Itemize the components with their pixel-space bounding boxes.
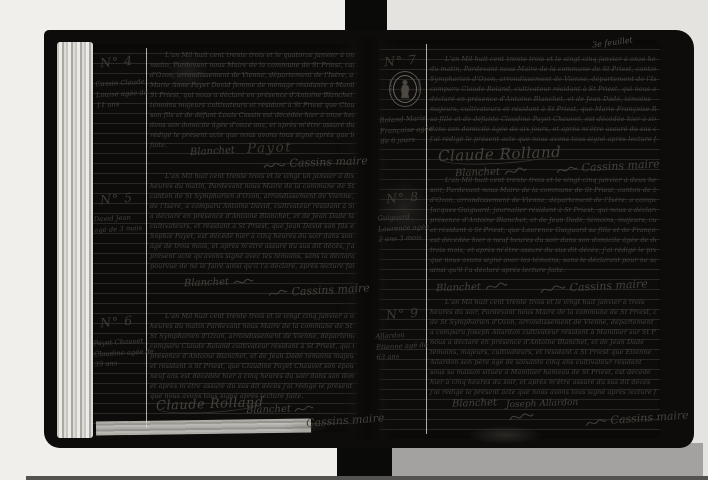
signature-payot: Payot (247, 139, 293, 157)
handwritten-line: Jacques Guiguard, journalier résidant à … (430, 205, 656, 215)
handwritten-line: nous a déclaré en présence d'Antoine Bla… (430, 337, 656, 347)
entry-number: N° 9 (385, 305, 419, 323)
handwritten-line: d'Ozon, arrondissement de Vienne, départ… (150, 70, 354, 80)
handwritten-line: sa fille et de défunte Claudine Payet Ch… (430, 114, 656, 124)
entry-margin-note: GuiguardLaurence agée2 ans 3 mois (377, 211, 437, 245)
handwritten-line: est décédée hier à neuf heures du soir d… (430, 235, 656, 245)
signature-text: Blanchet (246, 404, 291, 417)
act-text: L'an Mil huit cent trente trois et le vi… (430, 175, 656, 275)
handwritten-line: soir, Pardevant nous Maire de la commune… (430, 185, 656, 195)
book-gutter (352, 36, 380, 440)
register-scan: N° 4 Cassin ClaudeLouise agée de11 ans L… (0, 0, 708, 480)
paraph-icon (556, 163, 579, 175)
handwritten-line: St Priest, qui nous a déclaré en présenc… (150, 90, 354, 100)
handwritten-line: cultivateurs, et résidant à St Priest, q… (150, 221, 354, 231)
act-text: L'an Mil huit cent trente trois et le vi… (150, 171, 354, 271)
handwritten-line: rédigé le présent acte que nous avons to… (150, 130, 354, 140)
signature-text: Blanchet (452, 397, 497, 410)
handwritten-line: et après m'être assuré du sus dit décès … (150, 381, 354, 391)
signature-text: Blanchet (184, 277, 229, 290)
handwritten-line: L'an Mil huit cent trente trois et le vi… (430, 54, 656, 64)
handwritten-line: son fils et de défunt Louis Cassin est d… (150, 110, 354, 120)
scan-edge-strip (26, 476, 708, 480)
signature-blanchet: Blanchet (190, 145, 235, 158)
handwritten-line: L'an Mil huit cent trente trois et le qu… (150, 50, 354, 60)
handwritten-line: de l'Isère, a comparu Antoine David, cul… (150, 201, 354, 211)
handwritten-line: ainsi qu'il l'a déclaré après lecture fa… (430, 265, 656, 275)
handwritten-line: a comparu Joseph Allardon cultivateur ré… (430, 327, 656, 337)
paraph-icon (232, 276, 254, 288)
handwritten-line: âgé de trois mois, et après m'être assur… (150, 241, 354, 251)
handwritten-line: L'an Mil huit cent trente trois et le vi… (430, 175, 656, 185)
handwritten-line: St Symphorien d'Ozon, arrondissement de … (150, 331, 354, 341)
act-text: L'an Mil huit cent trente trois et le vi… (430, 297, 656, 397)
handwritten-line: trois mois, et après m'être assuré du su… (430, 245, 656, 255)
handwritten-line: témoins majeurs cultivateurs et résidant… (150, 100, 354, 110)
paper-stain (468, 426, 542, 444)
paraph-icon (268, 288, 288, 299)
signature-text: Payot (247, 139, 293, 157)
handwritten-line: présence d'Antoine Blanchet, et de Jean … (430, 215, 656, 225)
handwritten-line: comparu Claude Roland cultivateur résida… (150, 341, 354, 351)
signature-text: Blanchet (190, 145, 235, 158)
paraph-icon (262, 159, 286, 171)
handwritten-line: heures du matin, Pardevant nous Maire de… (150, 181, 354, 191)
entry-number: N° 6 (99, 313, 133, 331)
handwritten-line: et résidant à St Priest, que Claudine Pa… (150, 361, 354, 371)
page-stack-bottom-edge (96, 418, 311, 435)
handwritten-line: Marie Anne Payet David femme de ménage r… (150, 80, 354, 90)
handwritten-line: hier à cinq heures du soir, et après m'ê… (430, 377, 656, 387)
handwritten-line: présence d'Antoine Blanchet, et de Jean … (150, 351, 354, 361)
handwritten-line: Allardon son père âgé de soixante cinq a… (430, 357, 656, 367)
entry-number: N° 4 (99, 53, 133, 71)
entry-number: N° 5 (99, 190, 133, 208)
handwritten-line: j'ai rédigé le présent acte que nous avo… (430, 387, 656, 397)
entry-margin-note: David Jeanagé de 3 mois (93, 212, 150, 236)
handwritten-line: d'Ozon, arrondissement de Vienne, départ… (430, 195, 656, 205)
handwritten-line: présent acte qu'avons signé avec les tém… (150, 251, 354, 261)
handwritten-line: Sophie Payet, est décédé hier à cinq heu… (150, 231, 354, 241)
timbre-royal-stamp: TIMBRE ROYAL (389, 71, 423, 109)
paraph-icon (294, 403, 314, 415)
handwritten-line: dans son domicile âgée de six jours, et … (430, 124, 656, 134)
handwritten-line: pourvue de ne le faire ainsi qu'il l'a d… (150, 261, 354, 271)
handwritten-line: du matin, Pardevant nous Maire de la com… (430, 64, 656, 74)
entry-margin-note: Payet ChauvetClaudine agée de39 ans (93, 336, 153, 370)
handwritten-line: sous sa maison située à Manillier hameau… (430, 367, 656, 377)
handwritten-line: matin, Pardevant nous Maire de la commun… (150, 60, 354, 70)
handwritten-line: L'an Mil huit cent trente trois et le vi… (430, 297, 656, 307)
handwritten-line: Symphorien d'Ozon, arrondissement de Vie… (430, 74, 656, 84)
entry-margin-note: AllardonEtienne agé de63 ans (375, 328, 437, 363)
signature-blanchet: Blanchet (452, 397, 497, 410)
stamp-label-left: TIMBRE (389, 79, 393, 95)
entry-number: N° 7 (383, 52, 417, 70)
handwritten-line: L'an Mil huit cent trente trois et le vi… (150, 311, 354, 321)
handwritten-line: comparu Claude Roland, cultivateur résid… (430, 84, 656, 94)
handwritten-line: heures du matin Pardevant nous Maire de … (150, 321, 354, 331)
handwritten-line: neuf ans est décédée hier à cinq heures … (150, 371, 354, 381)
handwritten-line: et résidant à St Priest, que Laurence Gu… (430, 225, 656, 235)
declarant-paraph (508, 410, 534, 423)
signature-text: Blanchet (436, 281, 481, 294)
entry-number: N° 8 (385, 189, 419, 207)
stamp-label-right: ROYAL (417, 79, 421, 93)
handwritten-line: majeurs, cultivateurs et résidant à St P… (430, 104, 656, 114)
paraph-icon (508, 410, 534, 423)
handwritten-line: canton de St Symphorien d'Ozon, arrondis… (150, 191, 354, 201)
handwritten-line: que nous avons signé avec les témoins, s… (430, 255, 656, 265)
stamp-inner-ring (393, 75, 417, 103)
paraph-icon (585, 416, 608, 429)
handwritten-line: L'an Mil huit cent trente trois et le vi… (150, 171, 354, 181)
entry-margin-note: Roland MarieFrançoise agéede 6 jours (379, 113, 437, 147)
paraph-icon (484, 280, 508, 293)
handwritten-line: dans son domicile âgée d'onze ans, et ap… (150, 120, 354, 130)
act-text: L'an Mil huit cent trente trois et le qu… (150, 50, 354, 150)
handwritten-line: témoins, majeurs, cultivateurs, et résid… (430, 347, 656, 357)
paraph-icon (540, 282, 567, 295)
table-surface (392, 443, 703, 480)
entry-margin-note: Cassin ClaudeLouise agée de11 ans (95, 77, 149, 111)
signature-blanchet: Blanchet (436, 280, 508, 295)
act-text: L'an Mil huit cent trente trois et le vi… (150, 311, 354, 401)
handwritten-line: de St Symphorien d'Ozon, arrondissement … (430, 317, 656, 327)
handwritten-line: déclaré en présence d'Antoine Blanchet, … (430, 94, 656, 104)
page-stack-edge (57, 42, 93, 438)
signature-text: Cassins maire (289, 154, 368, 170)
stamp-ring: TIMBRE ROYAL (389, 71, 421, 107)
handwritten-line: heures du soir, Pardevant nous Maire de … (430, 307, 656, 317)
act-text: L'an Mil huit cent trente trois et le vi… (430, 54, 656, 144)
handwritten-line: a déclaré en présence d'Antoine Blanchet… (150, 211, 354, 221)
